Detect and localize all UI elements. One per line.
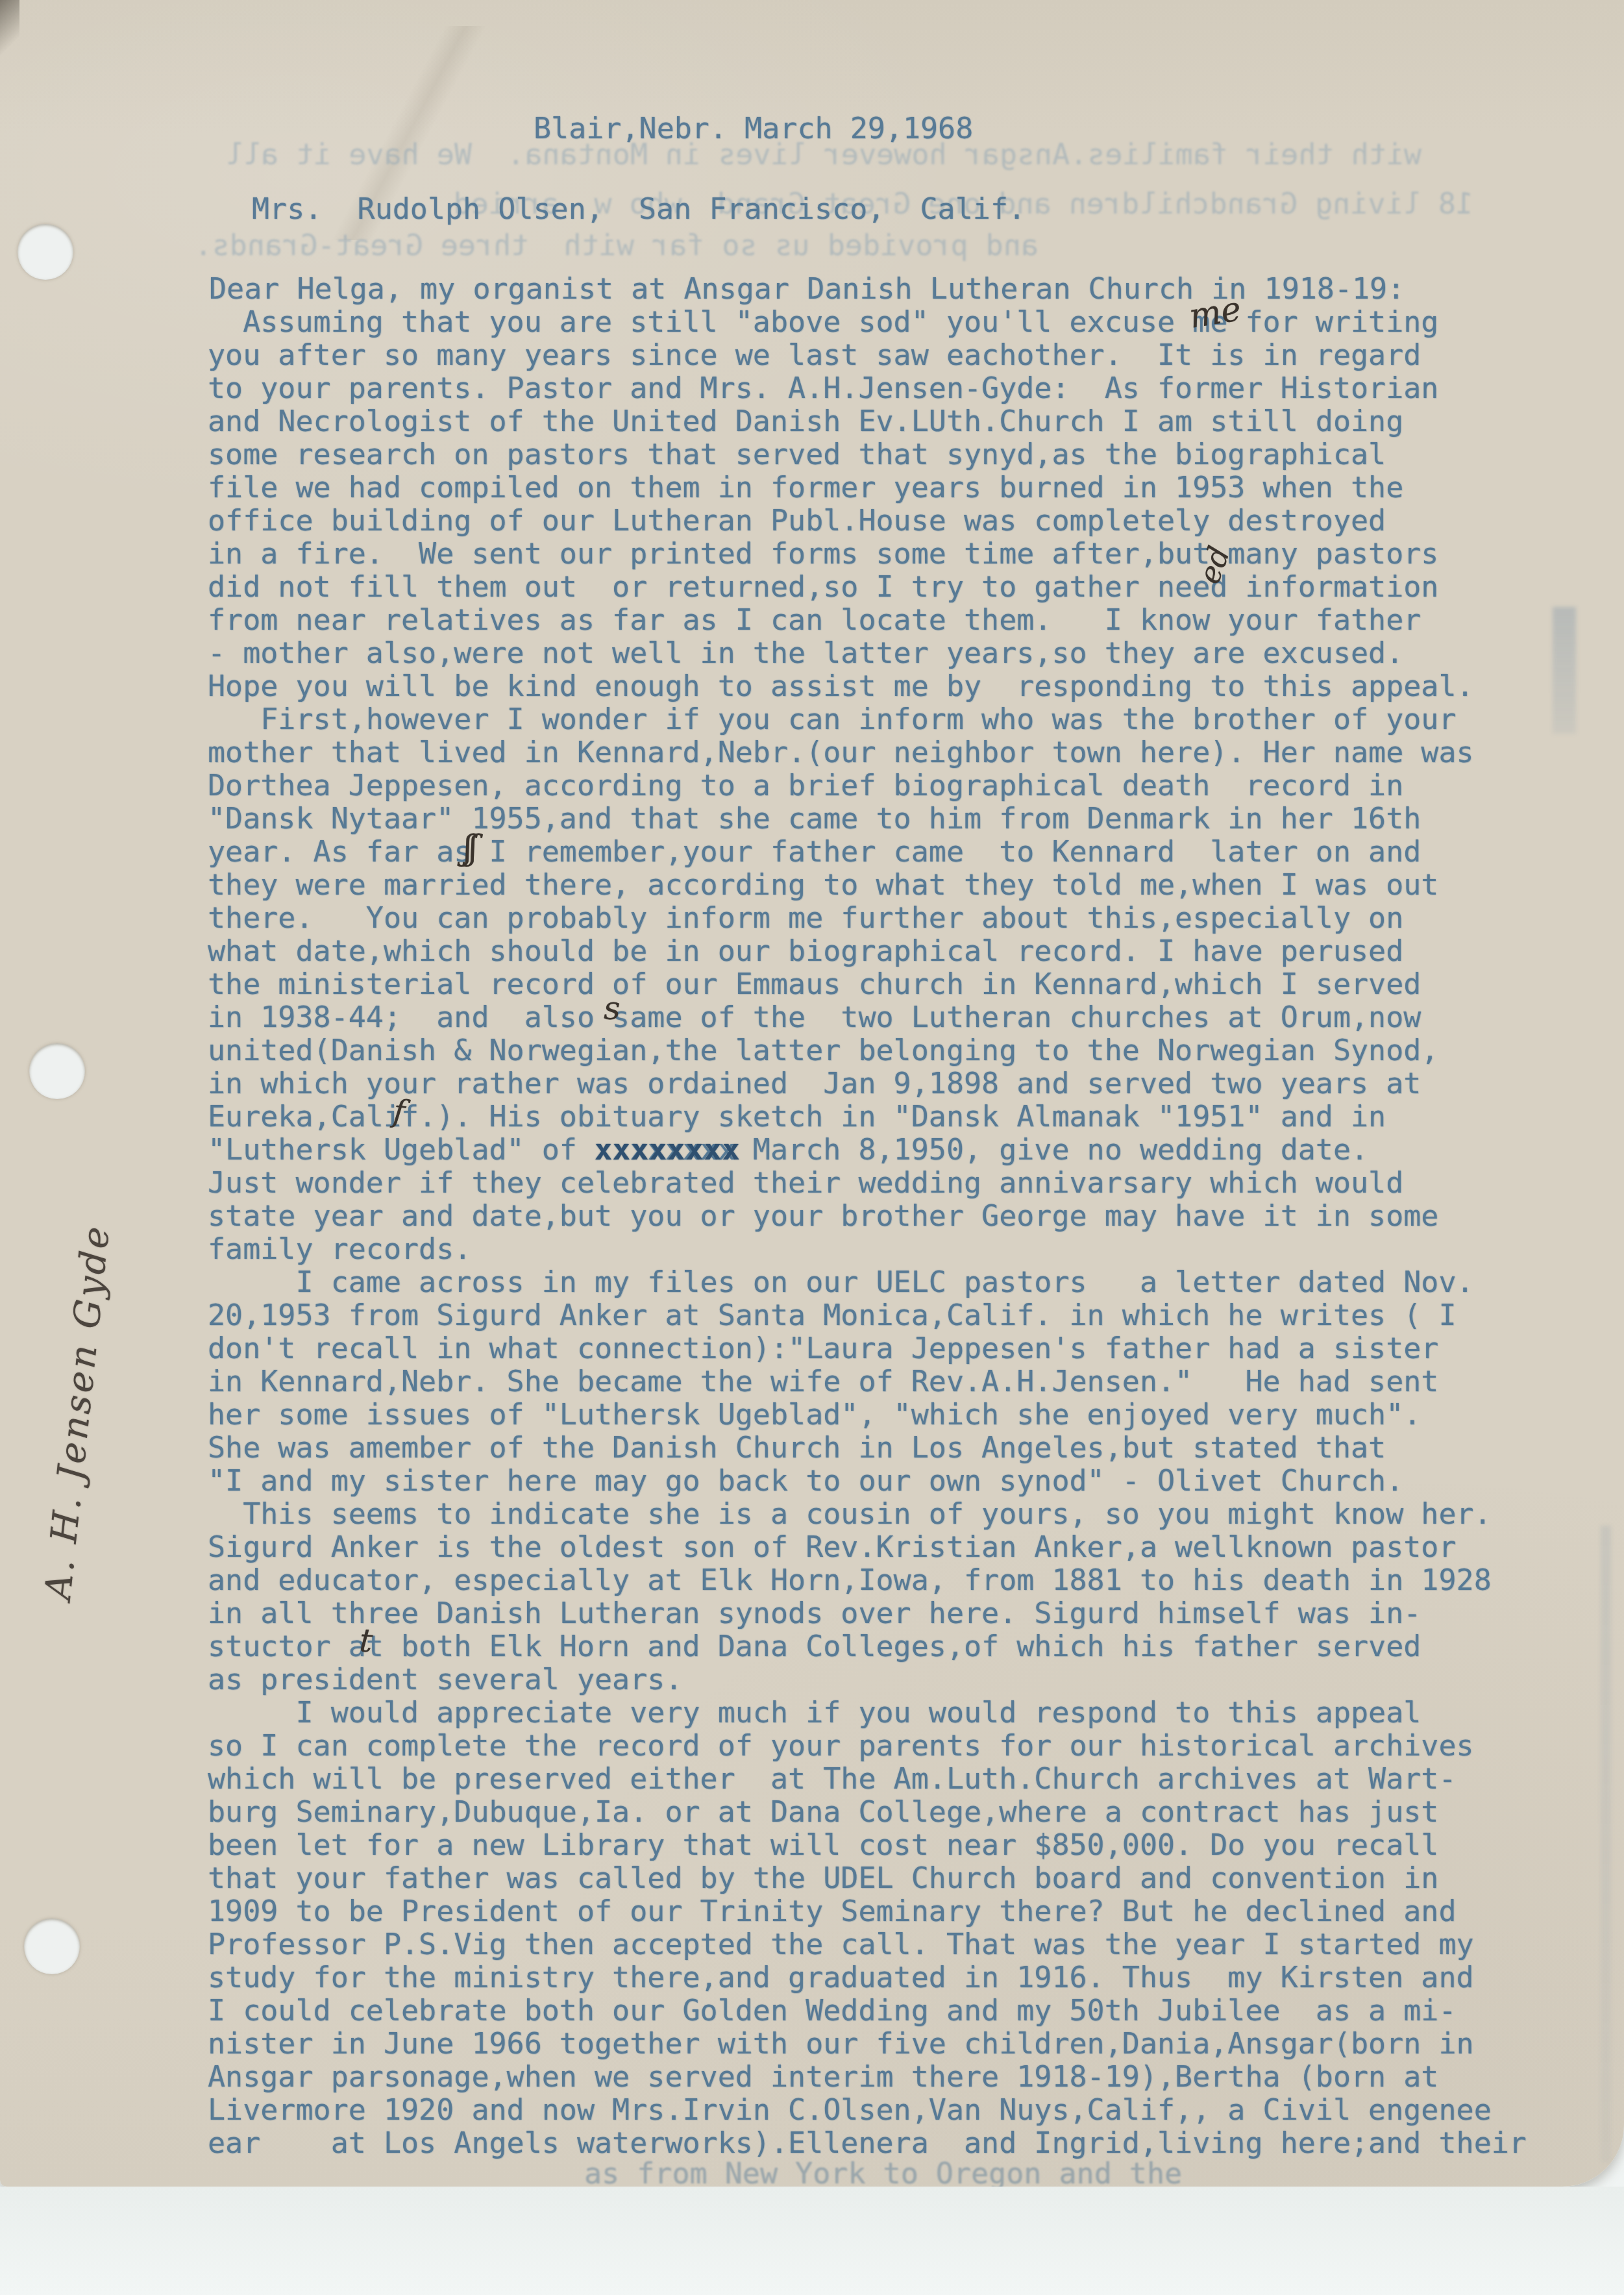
scanned-letter-screenshot: with their families.Ansgar however lives… xyxy=(0,0,1624,2295)
typed-line: Livermore 1920 and now Mrs.Irvin C.Olsen… xyxy=(208,2093,1527,2126)
scanner-background xyxy=(0,2187,1624,2295)
handwritten-insert-marks: ʃʃ xyxy=(463,828,474,867)
letter-page: with their families.Ansgar however lives… xyxy=(0,0,1624,2187)
typed-line: to your parents. Pastor and Mrs. A.H.Jen… xyxy=(208,371,1527,404)
typed-line: from near relatives as far as I can loca… xyxy=(208,603,1527,636)
typed-line: united(Danish & Norwegian,the latter bel… xyxy=(208,1034,1527,1067)
typed-line: ear at Los Angels waterworks).Ellenera a… xyxy=(208,2126,1527,2159)
typed-line: Ansgar parsonage,when we served interim … xyxy=(208,2060,1527,2093)
typed-line: stuctor at both Elk Horn and Dana Colleg… xyxy=(208,1630,1527,1663)
letter-body: Assuming that you are still "above sod" … xyxy=(208,305,1527,2159)
typed-line: what date,which should be in our biograp… xyxy=(208,934,1527,967)
typed-line: mother that lived in Kennard,Nebr.(our n… xyxy=(208,736,1527,769)
punch-hole-top xyxy=(18,224,73,280)
typed-line: which will be preserved either at The Am… xyxy=(208,1762,1527,1795)
typed-line: year. As far as I remember,your father c… xyxy=(208,835,1527,868)
typed-line: you after so many years since we last sa… xyxy=(208,338,1527,371)
typed-line: the ministerial record of our Emmaus chu… xyxy=(208,967,1527,1000)
typed-line: been let for a new Library that will cos… xyxy=(208,1828,1527,1861)
margin-signature-annotation: A. H. Jensen Gyde xyxy=(37,1087,145,1603)
typed-line: that your father was called by the UDEL … xyxy=(208,1861,1527,1894)
dateline: Blair,Nebr. March 29,1968 xyxy=(534,112,973,145)
ink-smudge xyxy=(1601,1526,1611,2162)
handwritten-correction-t: t xyxy=(358,1621,374,1659)
typed-line: 20,1953 from Sigurd Anker at Santa Monic… xyxy=(208,1298,1527,1332)
typed-line: in all three Danish Lutheran synods over… xyxy=(208,1596,1527,1630)
typed-line: family records. xyxy=(208,1232,1527,1265)
typed-line: - mother also,were not well in the latte… xyxy=(208,636,1527,669)
typed-line: so I can complete the record of your par… xyxy=(208,1729,1527,1762)
typed-line: I could celebrate both our Golden Weddin… xyxy=(208,1994,1527,2027)
typed-line: and Necrologist of the United Danish Ev.… xyxy=(208,404,1527,438)
typed-line: and educator, especially at Elk Horn,Iow… xyxy=(208,1563,1527,1596)
typed-line: "I and my sister here may go back to our… xyxy=(208,1464,1527,1497)
typed-line: study for the ministry there,and graduat… xyxy=(208,1961,1527,1994)
typed-line: did not fill them out or returned,so I t… xyxy=(208,570,1527,603)
typed-line: nister in June 1966 together with our fi… xyxy=(208,2027,1527,2060)
typed-line: "Dansk Nytaar" 1955,and that she came to… xyxy=(208,802,1527,835)
typed-line: office building of our Lutheran Publ.Hou… xyxy=(208,504,1527,537)
handwritten-correction-me: me xyxy=(1187,290,1244,336)
typed-line: in 1938-44; and also same of the two Lut… xyxy=(208,1000,1527,1034)
typed-line: Just wonder if they celebrated their wed… xyxy=(208,1166,1527,1199)
typed-line: She was amember of the Danish Church in … xyxy=(208,1431,1527,1464)
typed-line: state year and date,but you or your brot… xyxy=(208,1199,1527,1232)
typed-line: Professor P.S.Vig then accepted the call… xyxy=(208,1928,1527,1961)
typed-line: in a fire. We sent our printed forms som… xyxy=(208,537,1527,570)
typed-line: there. You can probably inform me furthe… xyxy=(208,901,1527,934)
faint-cutoff-line: as from New York to Oregon and the xyxy=(584,2157,1182,2187)
typed-line: I came across in my files on our UELC pa… xyxy=(208,1265,1527,1298)
handwritten-correction-s: s xyxy=(604,989,621,1027)
typed-line: Assuming that you are still "above sod" … xyxy=(208,305,1527,338)
typed-line: some research on pastors that served tha… xyxy=(208,438,1527,471)
typed-line: her some issues of "Luthersk Ugeblad", "… xyxy=(208,1398,1527,1431)
bleedthrough-line: and provided us so far with three Great-… xyxy=(214,229,1039,262)
typed-line: as president several years. xyxy=(208,1663,1527,1696)
punch-hole-bottom xyxy=(24,1918,80,1974)
typed-line: Hope you will be kind enough to assist m… xyxy=(208,669,1527,702)
punch-hole-middle xyxy=(29,1043,85,1099)
typed-line: Dorthea Jeppesen, according to a brief b… xyxy=(208,769,1527,802)
strikeout-overtype: xxxxxxxx xyxy=(595,1133,741,1166)
typed-line: I would appreciate very much if you woul… xyxy=(208,1696,1527,1729)
typed-line: Sigurd Anker is the oldest son of Rev.Kr… xyxy=(208,1530,1527,1563)
ink-smudge xyxy=(1553,607,1576,734)
recipient-address: Mrs. Rudolph Olsen, San Francisco, Calif… xyxy=(252,192,1026,225)
typed-line: don't recall in what connection):"Laura … xyxy=(208,1332,1527,1365)
typed-line: in Kennard,Nebr. She became the wife of … xyxy=(208,1365,1527,1398)
typed-line: they were married there, according to wh… xyxy=(208,868,1527,901)
page-corner-shadow xyxy=(0,0,19,62)
typed-line: 1909 to be President of our Trinity Semi… xyxy=(208,1894,1527,1928)
typed-line: "Luthersk Ugeblad" of xxxxxxxx March 8,1… xyxy=(208,1133,1527,1166)
typed-line: file we had compiled on them in former y… xyxy=(208,471,1527,504)
typed-line: This seems to indicate she is a cousin o… xyxy=(208,1497,1527,1530)
typed-line: First,however I wonder if you can inform… xyxy=(208,702,1527,736)
typed-line: burg Seminary,Dubuque,Ia. or at Dana Col… xyxy=(208,1795,1527,1828)
